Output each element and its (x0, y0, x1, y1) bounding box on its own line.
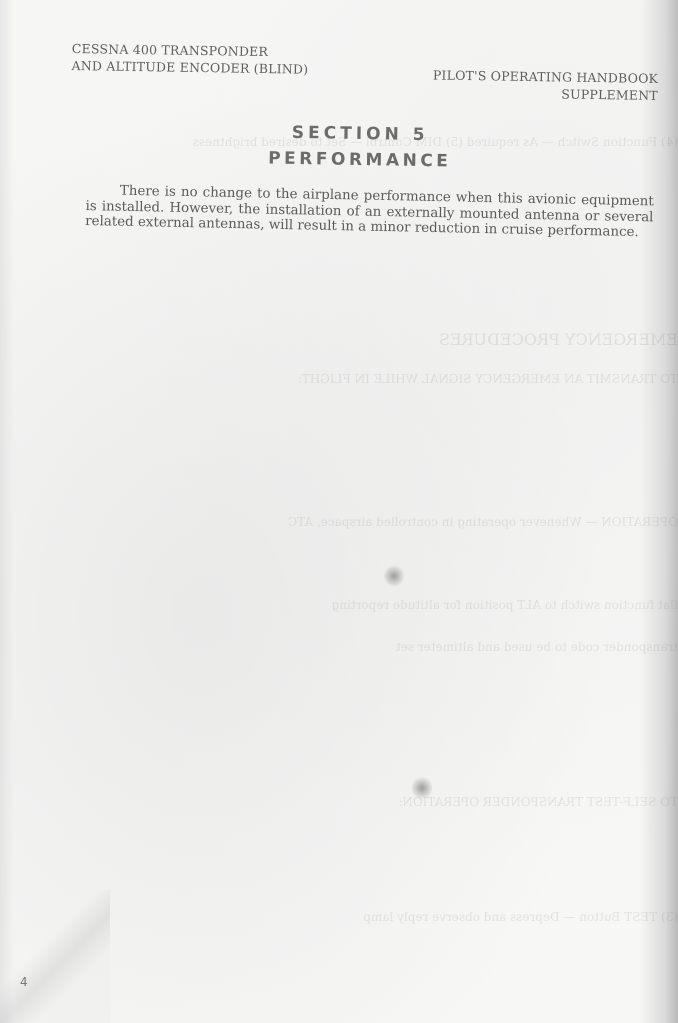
bleed-through-text: TO TRANSMIT AN EMERGENCY SIGNAL WHILE IN… (0, 372, 678, 386)
document-page: (4) Function Switch — As required (5) DI… (0, 0, 678, 1023)
section-number: SECTION 5 (230, 118, 490, 150)
bleed-through-text: transponder code to be used and altimete… (0, 640, 678, 654)
bleed-through-text: EMERGENCY PROCEDURES (0, 330, 678, 349)
ink-stain (383, 565, 405, 587)
section-heading: SECTION 5 PERFORMANCE (230, 118, 491, 174)
page-fold-corner (0, 890, 110, 1023)
bleed-through-text: flat function switch to ALT position for… (0, 598, 678, 612)
ink-stain (412, 775, 432, 801)
body-text: There is no change to the airplane perfo… (85, 183, 654, 241)
header-left-line2: AND ALTITUDE ENCODER (BLIND) (71, 57, 308, 78)
header-left: CESSNA 400 TRANSPONDER AND ALTITUDE ENCO… (71, 40, 308, 78)
section-title: PERFORMANCE (230, 146, 490, 174)
body-paragraph: There is no change to the airplane perfo… (85, 183, 654, 241)
bleed-through-text: TO SELF-TEST TRANSPONDER OPERATION: (0, 795, 678, 809)
header-right: PILOT'S OPERATING HANDBOOK SUPPLEMENT (432, 66, 658, 104)
bleed-through-text: OPERATION — Whenever operating in contro… (0, 515, 678, 529)
page-number: 4 (20, 975, 28, 989)
header-right-line2: SUPPLEMENT (432, 83, 658, 104)
header-right-line1: PILOT'S OPERATING HANDBOOK (432, 66, 658, 87)
